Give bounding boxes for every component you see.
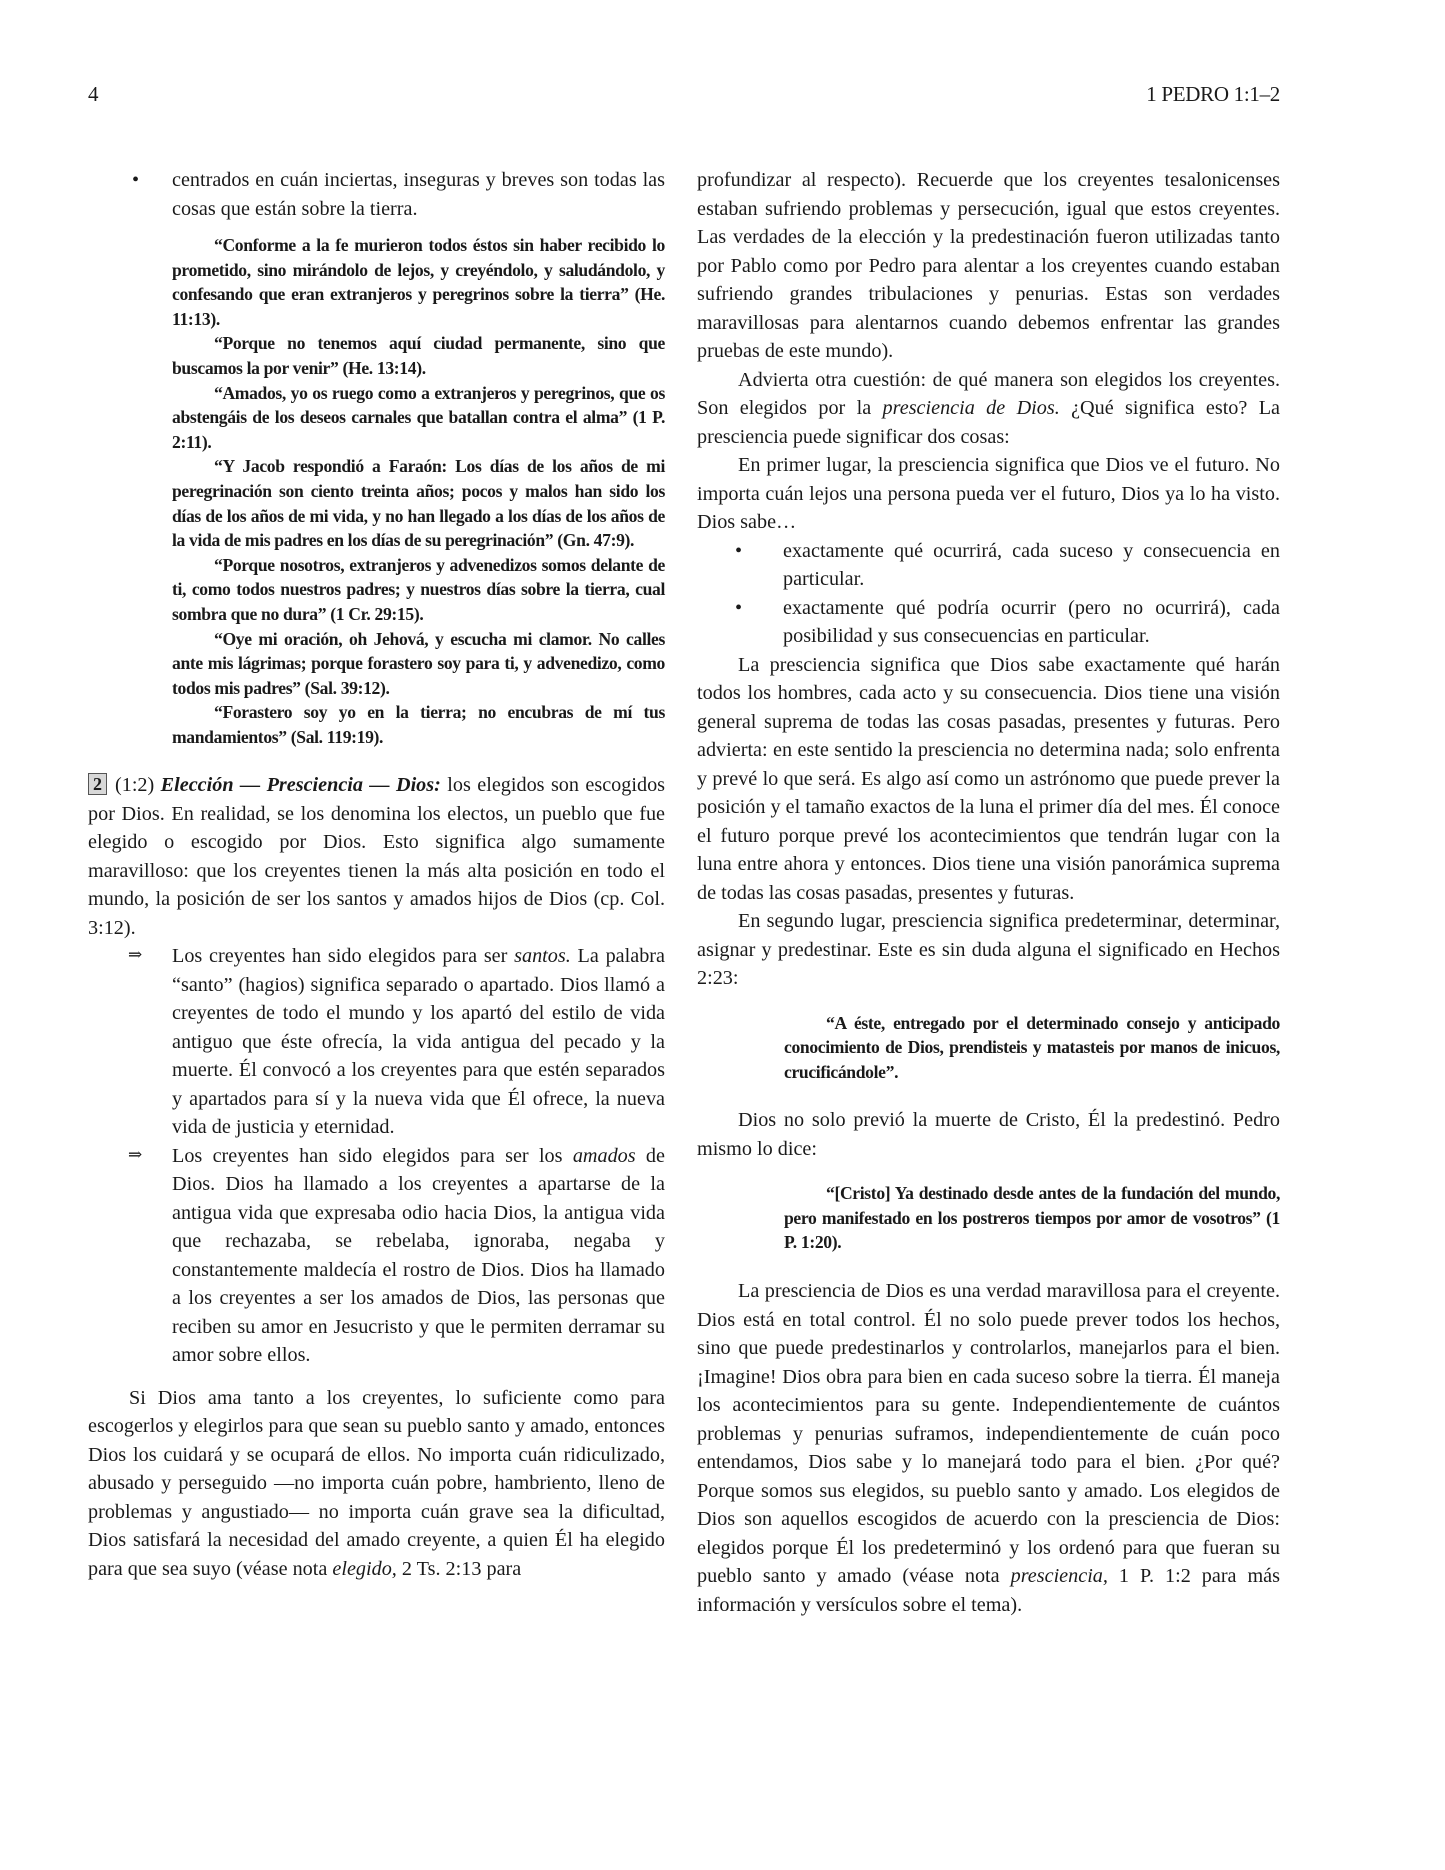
continuation-paragraph: profundizar al respecto). Recuerde que l… — [697, 166, 1280, 366]
closing-paragraph: Si Dios ama tanto a los creyentes, lo su… — [88, 1384, 665, 1584]
paragraph-emphasis: presciencia, — [1011, 1565, 1108, 1587]
paragraph-segundo-lugar: En segundo lugar, presciencia significa … — [697, 907, 1280, 993]
scripture-quote: “A éste, entregado por el determinado co… — [784, 1011, 1280, 1085]
page-number: 4 — [88, 82, 99, 107]
bullet-icon: • — [735, 594, 742, 623]
bullet-item: • exactamente qué ocurrirá, cada suceso … — [697, 537, 1280, 594]
scripture-quote: “[Cristo] Ya destinado desde antes de la… — [784, 1181, 1280, 1255]
paragraph-text: 2 Ts. 2:13 para — [397, 1558, 521, 1580]
scripture-quote: “Forastero soy yo en la tierra; no encub… — [172, 700, 665, 749]
point-text: Los creyentes han sido elegidos para ser… — [172, 1145, 573, 1167]
scripture-quote: “Amados, yo os ruego como a extranjeros … — [172, 381, 665, 455]
paragraph-text: Si Dios ama tanto a los creyentes, lo su… — [88, 1387, 665, 1580]
arrow-right-icon: ⇒ — [128, 1141, 142, 1170]
paragraph-emphasis: elegido, — [332, 1558, 396, 1580]
arrow-point: ⇒ Los creyentes han sido elegidos para s… — [88, 942, 665, 1142]
paragraph-final: La presciencia de Dios es una verdad mar… — [697, 1277, 1280, 1619]
paragraph-significa: La presciencia significa que Dios sabe e… — [697, 651, 1280, 908]
left-column: • centrados en cuán inciertas, inseguras… — [88, 166, 665, 1583]
bullet-text: exactamente qué ocurrirá, cada suceso y … — [783, 540, 1280, 591]
arrow-point: ⇒ Los creyentes han sido elegidos para s… — [88, 1142, 665, 1370]
scripture-quote: “Y Jacob respondió a Faraón: Los días de… — [172, 454, 665, 552]
bullet-icon: • — [735, 537, 742, 566]
point-emphasis: santos. — [514, 945, 571, 967]
bullet-item: • exactamente qué podría ocurrir (pero n… — [697, 594, 1280, 651]
arrow-right-icon: ⇒ — [128, 941, 142, 970]
section-marker-box: 2 — [88, 773, 107, 795]
point-text: La palabra “santo” (hagios) significa se… — [172, 945, 665, 1138]
section-intro-text: los elegidos son escogidos por Dios. En … — [88, 774, 665, 939]
paragraph-advierta: Advierta otra cuestión: de qué manera so… — [697, 366, 1280, 452]
bullet-text: exactamente qué podría ocurrir (pero no … — [783, 597, 1280, 648]
scripture-quote: “Porque no tenemos aquí ciudad permanent… — [172, 331, 665, 380]
bullet-text: centrados en cuán inciertas, inseguras y… — [172, 169, 665, 220]
point-text: Los creyentes han sido elegidos para ser — [172, 945, 514, 967]
point-emphasis: amados — [573, 1145, 636, 1167]
scripture-quote: “Porque nosotros, extranjeros y advenedi… — [172, 553, 665, 627]
section-2-intro: 2(1:2) Elección — Presciencia — Dios: lo… — [88, 771, 665, 942]
scripture-quote: “Conforme a la fe murieron todos éstos s… — [172, 233, 665, 331]
paragraph-primer-lugar: En primer lugar, la presciencia signific… — [697, 451, 1280, 537]
paragraph-text: La presciencia de Dios es una verdad mar… — [697, 1280, 1280, 1587]
bullet-item: • centrados en cuán inciertas, inseguras… — [88, 166, 665, 223]
section-heading: Elección — Presciencia — Dios: — [161, 774, 441, 796]
section-reference: (1:2) — [115, 774, 154, 796]
right-column: profundizar al respecto). Recuerde que l… — [697, 166, 1280, 1619]
paragraph-emphasis: presciencia de Dios. — [883, 397, 1060, 419]
paragraph-previo: Dios no solo previó la muerte de Cristo,… — [697, 1106, 1280, 1163]
scripture-quote-block: “[Cristo] Ya destinado desde antes de la… — [697, 1181, 1280, 1255]
scripture-quotes: “Conforme a la fe murieron todos éstos s… — [88, 233, 665, 749]
point-text: de Dios. Dios ha llamado a los creyentes… — [172, 1145, 665, 1367]
scripture-quote-block: “A éste, entregado por el determinado co… — [697, 1011, 1280, 1085]
scripture-quote: “Oye mi oración, oh Jehová, y escucha mi… — [172, 627, 665, 701]
bullet-icon: • — [132, 166, 139, 195]
running-head: 1 PEDRO 1:1–2 — [1146, 82, 1280, 107]
